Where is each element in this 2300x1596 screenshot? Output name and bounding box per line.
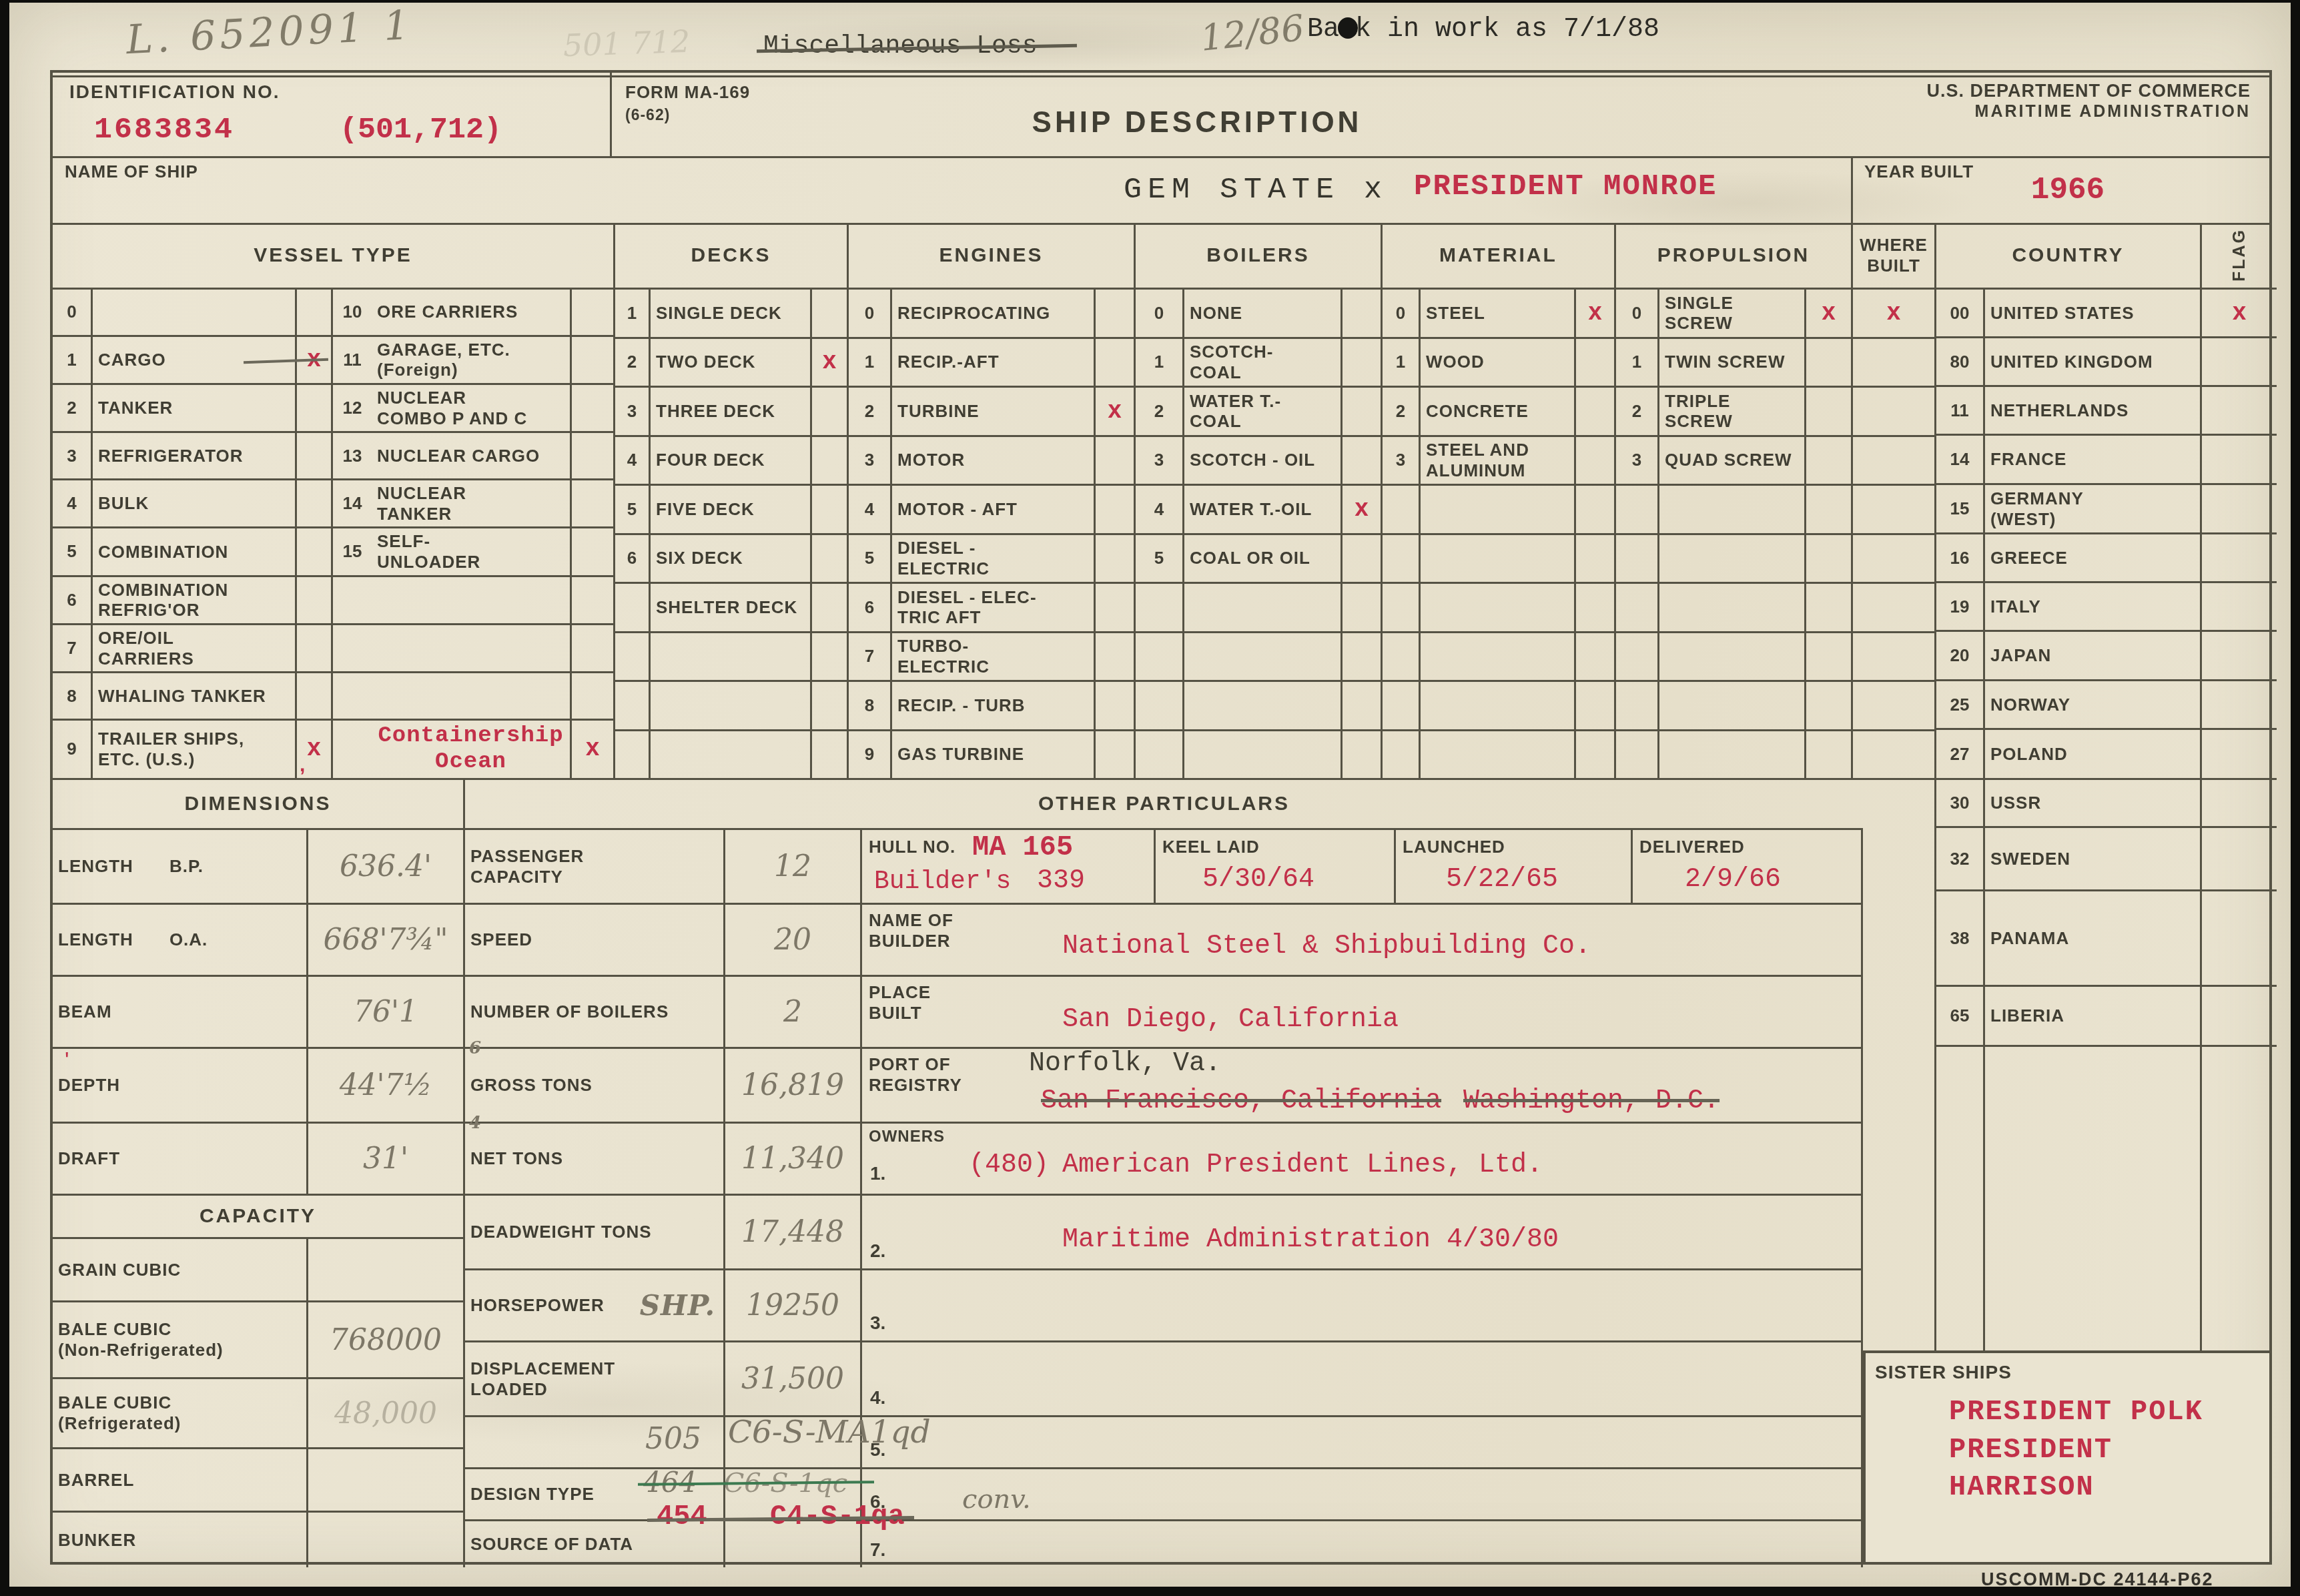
handwritten-value: 2 — [783, 995, 802, 1029]
cell-label — [1659, 682, 1804, 729]
section-title: BOILERS — [1136, 223, 1381, 290]
cell-code — [1383, 633, 1421, 681]
hull-no-value: MA 165 — [972, 831, 1073, 863]
check-x-mark: x — [1886, 300, 1901, 327]
table-row: 7TURBO- ELECTRIC — [849, 633, 1134, 683]
cell-label: COMBINATION — [93, 528, 295, 574]
section-propulsion: PROPULSION0SINGLE SCREWx1TWIN SCREW2TRIP… — [1614, 223, 1851, 780]
cell-code: 8 — [53, 673, 93, 719]
cell-value: 768000 — [306, 1302, 463, 1377]
section-boilers: BOILERS0NONE1SCOTCH- COAL2WATER T.- COAL… — [1134, 223, 1381, 780]
table-row: 3THREE DECK — [615, 388, 847, 437]
table-row: 0STEELx — [1383, 290, 1614, 339]
cell-check — [1853, 584, 1934, 631]
cell-label: DEPTH — [53, 1049, 306, 1122]
cell-label: COMBINATION REFRIG'OR — [93, 577, 295, 623]
section-dimensions: DIMENSIONSLENGTH B.P.636.4'LENGTH O.A.66… — [53, 780, 463, 1567]
cell-label: NETHERLANDS — [1985, 387, 2200, 434]
cell-check: x — [1853, 290, 1934, 337]
cell-check — [1574, 731, 1614, 779]
cell-code: 2 — [615, 339, 651, 386]
year-built-divider — [1851, 156, 1853, 223]
cell-label — [1421, 731, 1574, 779]
cell-code: 80 — [1936, 338, 1985, 385]
handwritten-value: 48,000 — [334, 1396, 437, 1431]
table-row: BUNKER — [53, 1513, 463, 1567]
cell-code: 0 — [1616, 290, 1659, 337]
cell-code — [1136, 633, 1184, 681]
handwritten-value: 636.4' — [340, 849, 432, 883]
cell-check: x — [1574, 290, 1614, 337]
cell-check: x — [1340, 486, 1381, 533]
table-row: 25NORWAY — [1936, 681, 2277, 730]
cell-code: 4 — [1136, 486, 1184, 533]
handwritten-value: 768000 — [330, 1323, 442, 1357]
cell-check — [1340, 290, 1381, 337]
section-particulars-right: HULL NO. MA 165 Builder's 339 KEEL LAID … — [860, 830, 1863, 1567]
table-row: HORSEPOWERSHP.19250 — [465, 1270, 860, 1342]
cell-code: 2 — [1136, 388, 1184, 435]
pencil-date-annotation: 12/86 — [1198, 7, 1306, 59]
identification-value: 1683834 — [94, 113, 234, 147]
cell-value: 31' — [306, 1124, 463, 1194]
cell-label: UNITED KINGDOM — [1985, 338, 2200, 385]
cell-label: JAPAN — [1985, 632, 2200, 679]
cell-code: 1 — [615, 290, 651, 337]
table-row: 0RECIPROCATING — [849, 290, 1134, 339]
cell-code: 8 — [849, 682, 892, 729]
launched-label: LAUNCHED — [1403, 837, 1505, 857]
section-title: ENGINES — [849, 223, 1134, 290]
cell-check — [1094, 486, 1134, 533]
cell-flag: x — [2200, 290, 2277, 336]
table-row — [1136, 682, 1381, 731]
table-row: BALE CUBIC (Non-Refrigerated)768000 — [53, 1302, 463, 1379]
port-struck-2: Washington, D.C. — [1463, 1086, 1719, 1116]
handwritten-value: 12 — [774, 849, 811, 883]
owner3-number: 3. — [870, 1312, 885, 1334]
cell-check-2 — [570, 290, 613, 335]
conv-note: conv. — [962, 1484, 1031, 1515]
identification-paren: (501,712) — [340, 113, 502, 147]
pencil-superscript: 4 — [469, 1113, 482, 1134]
cell-check — [1094, 584, 1134, 631]
cell-flag — [2200, 828, 2277, 889]
cell-check — [810, 584, 847, 631]
table-row: DEPTH44'7½' — [53, 1049, 463, 1124]
table-row — [1853, 584, 1934, 633]
pencil-ghost-annotation: 501 712 — [562, 23, 691, 64]
cell-code — [1616, 584, 1659, 631]
table-row: 5FIVE DECK — [615, 486, 847, 535]
table-row: 0SINGLE SCREWx — [1616, 290, 1851, 339]
owners-label: OWNERS — [869, 1128, 945, 1146]
cell-check — [1340, 339, 1381, 386]
cell-check — [810, 731, 847, 779]
table-row: 1WOOD — [1383, 339, 1614, 388]
cell-label — [1184, 633, 1340, 681]
abs: San Francisco, California Washington, D.… — [1041, 1086, 1719, 1116]
header-divider — [610, 73, 612, 156]
cell-label — [1421, 486, 1574, 533]
cell-label — [1659, 486, 1804, 533]
cell-flag — [2200, 987, 2277, 1045]
cell-label — [651, 682, 810, 729]
owner1-row: OWNERS 1. (480) American President Lines… — [862, 1124, 1861, 1196]
cell-code — [1136, 731, 1184, 779]
cell-label: QUAD SCREW — [1659, 437, 1804, 484]
cell-check — [1094, 731, 1134, 779]
flag-header: FLAG — [2200, 223, 2277, 288]
table-row — [1383, 584, 1614, 633]
design-red-num: 454 — [657, 1501, 707, 1533]
cell-label: TURBO- ELECTRIC — [892, 633, 1094, 681]
cell-value: 31,500 — [723, 1342, 860, 1415]
cell-code: 4 — [849, 486, 892, 533]
launched-value: 5/22/65 — [1446, 865, 1558, 895]
table-row: 4MOTOR - AFT — [849, 486, 1134, 535]
cell-check-2: x — [570, 721, 613, 778]
year-built-value: 1966 — [2014, 173, 2121, 208]
owner2-row: 2. Maritime Administration 4/30/80 — [862, 1196, 1861, 1270]
handwritten-value: 17,448 — [741, 1215, 844, 1249]
cell-check — [295, 480, 331, 526]
check-x-mark: x — [822, 348, 837, 376]
abs: U.S. DEPARTMENT OF COMMERCE MARITIME ADM… — [1927, 81, 2251, 121]
table-row — [1383, 682, 1614, 731]
form-number: FORM MA-169 — [625, 82, 750, 103]
cell-label-2: ORE CARRIERS — [372, 290, 570, 335]
cell-flag — [2200, 338, 2277, 385]
table-row: x — [1853, 290, 1934, 339]
cell-label: RECIP. - TURB — [892, 682, 1094, 729]
cell-code-2 — [331, 577, 372, 623]
cell-label: STEEL — [1421, 290, 1574, 337]
table-row: 5COMBINATION15SELF- UNLOADER — [53, 528, 613, 576]
table-row: DRAFT31' — [53, 1124, 463, 1196]
cell-value — [306, 1449, 463, 1511]
cell-check — [1853, 486, 1934, 533]
cell-label — [1659, 535, 1804, 582]
cell-check — [1574, 682, 1614, 729]
cell-label: TWO DECK — [651, 339, 810, 386]
table-row — [1136, 731, 1381, 781]
build-dates-row: HULL NO. MA 165 Builder's 339 KEEL LAID … — [862, 830, 1861, 905]
handwritten-value: 11,340 — [741, 1142, 844, 1176]
cell-label: BUNKER — [53, 1513, 306, 1567]
cell-check — [810, 437, 847, 484]
cell-code — [1136, 682, 1184, 729]
cell-flag — [2200, 681, 2277, 728]
place-built-row: PLACE BUILT San Diego, California — [862, 977, 1861, 1049]
table-row: 15GERMANY (WEST) — [1936, 485, 2277, 534]
cell-flag — [2200, 891, 2277, 985]
cell-code: 9 — [849, 731, 892, 779]
delivered-box: DELIVERED 2/9/66 — [1633, 830, 1863, 903]
cell-flag — [2200, 583, 2277, 630]
cell-check — [295, 577, 331, 623]
table-row: 14FRANCE — [1936, 436, 2277, 485]
cell-code: 0 — [1136, 290, 1184, 337]
cell-check: x — [1804, 290, 1851, 337]
table-row: 1TWIN SCREW — [1616, 339, 1851, 388]
section-decks: DECKS1SINGLE DECK2TWO DECKx3THREE DECK4F… — [613, 223, 847, 780]
cell-label — [1184, 584, 1340, 631]
cell-label: WATER T.- COAL — [1184, 388, 1340, 435]
table-row: 8WHALING TANKER — [53, 673, 613, 721]
table-row: 4FOUR DECK — [615, 437, 847, 486]
table-row: 2WATER T.- COAL — [1136, 388, 1381, 437]
table-row: BEAM76'1 — [53, 977, 463, 1049]
cell-check — [1804, 339, 1851, 386]
cell-code: 1 — [1616, 339, 1659, 386]
table-row: 6COMBINATION REFRIG'OR — [53, 577, 613, 625]
cell-label: ITALY — [1985, 583, 2200, 630]
cell-value: 12 — [723, 830, 860, 903]
check-x-mark: x — [585, 735, 600, 763]
cell-check — [295, 625, 331, 671]
cell-code: 3 — [615, 388, 651, 435]
red-comma-mark: , — [300, 754, 305, 777]
handwritten-value: 16,819 — [741, 1068, 844, 1102]
section-where-built: WHERE BUILTx — [1851, 223, 1934, 780]
cell-check — [1574, 584, 1614, 631]
cell-label-2: GARAGE, ETC. (Foreign) — [372, 337, 570, 383]
design-pencil-type: C6-S-MA1qd — [728, 1414, 931, 1451]
launched-box: LAUNCHED 5/22/65 — [1396, 830, 1633, 903]
table-row: 2CONCRETE — [1383, 388, 1614, 437]
cell-check — [295, 673, 331, 719]
table-row — [1853, 682, 1934, 731]
country-rows: 00UNITED STATESx80UNITED KINGDOM11NETHER… — [1936, 290, 2277, 1350]
cell-code: 5 — [849, 535, 892, 582]
cell-code — [1616, 535, 1659, 582]
scanned-form-paper: L. 652091 1 501 712 Miscellaneous Loss 1… — [9, 3, 2291, 1587]
table-row: 16GREECE — [1936, 534, 2277, 583]
cell-check — [1574, 486, 1614, 533]
table-row: BARREL — [53, 1449, 463, 1513]
cell-label: NONE — [1184, 290, 1340, 337]
cell-check-2 — [570, 480, 613, 526]
table-row — [1616, 633, 1851, 683]
cell-label-2 — [372, 625, 570, 671]
cell-code-2 — [331, 625, 372, 671]
cell-code: 7 — [849, 633, 892, 681]
cell-check — [1853, 388, 1934, 435]
section-rows: 0STEELx1WOOD2CONCRETE3STEEL AND ALUMINUM — [1383, 290, 1614, 780]
table-row: DISPLACEMENT LOADED31,500 — [465, 1342, 860, 1417]
table-row: 4BULK14NUCLEAR TANKER — [53, 480, 613, 528]
section-rows: 0NONE1SCOTCH- COAL2WATER T.- COAL3SCOTCH… — [1136, 290, 1381, 780]
hp-prefix: SHP. — [640, 1289, 718, 1322]
containership-note: Containership Ocean — [377, 723, 564, 775]
cell-label: ORE/OIL CARRIERS — [93, 625, 295, 671]
cell-label: LENGTH B.P. — [53, 830, 306, 903]
section-title: MATERIAL — [1383, 223, 1614, 290]
cell-check-2 — [570, 528, 613, 574]
table-row: 3REFRIGERATOR13NUCLEAR CARGO — [53, 433, 613, 480]
table-row: 6DIESEL - ELEC- TRIC AFT — [849, 584, 1134, 633]
cell-label: REFRIGERATOR — [93, 433, 295, 478]
cell-value: 19250 — [723, 1270, 860, 1340]
cell-check — [810, 633, 847, 681]
cell-code: 27 — [1936, 730, 1985, 778]
table-row — [1853, 486, 1934, 535]
table-row — [1616, 584, 1851, 633]
cell-check — [1574, 388, 1614, 435]
section-particulars-left: PASSENGER CAPACITY12SPEED20NUMBER OF BOI… — [463, 830, 860, 1567]
cell-check — [1094, 290, 1134, 337]
cell-code: 1 — [1136, 339, 1184, 386]
table-row: 5COAL OR OIL — [1136, 535, 1381, 584]
table-row: 3STEEL AND ALUMINUM — [1383, 437, 1614, 486]
cell-code: 3 — [1616, 437, 1659, 484]
cell-label: BULK — [93, 480, 295, 526]
port-struck-1: San Francisco, California — [1041, 1086, 1441, 1116]
cell-check — [1340, 535, 1381, 582]
table-row: BALE CUBIC (Refrigerated)48,000 — [53, 1379, 463, 1449]
abs: 454 C4-S-1qa — [657, 1501, 905, 1533]
handwritten-value: 76'1 — [354, 995, 418, 1029]
cell-code: 3 — [53, 433, 93, 478]
handwritten-value: 20 — [774, 923, 811, 957]
table-row: 3QUAD SCREW — [1616, 437, 1851, 486]
cell-code: 6 — [615, 535, 651, 582]
cell-label — [1184, 731, 1340, 779]
cell-code-2: 15 — [331, 528, 372, 574]
cell-label: WHALING TANKER — [93, 673, 295, 719]
table-row: 3MOTOR — [849, 437, 1134, 486]
section-title: PROPULSION — [1616, 223, 1851, 290]
cell-code: 38 — [1936, 891, 1985, 985]
cell-label: DISPLACEMENT LOADED — [465, 1342, 723, 1415]
cell-check — [1094, 535, 1134, 582]
cell-label — [93, 290, 295, 335]
hull-builder-label: Builder's — [874, 867, 1011, 896]
cell-code-2 — [331, 721, 372, 778]
cell-value: 48,000 — [306, 1379, 463, 1447]
place-built-label: PLACE BUILT — [869, 982, 931, 1023]
cell-value: 668'7¾" — [306, 905, 463, 975]
owner5-row: 5. — [862, 1417, 1861, 1469]
cell-label: TWIN SCREW — [1659, 339, 1804, 386]
cell-code: 25 — [1936, 681, 1985, 728]
section-rows: 1SINGLE DECK2TWO DECKx3THREE DECK4FOUR D… — [615, 290, 847, 780]
section-material: MATERIAL0STEELx1WOOD2CONCRETE3STEEL AND … — [1381, 223, 1614, 780]
cell-label — [1421, 584, 1574, 631]
cell-code: 3 — [1136, 437, 1184, 484]
hull-no-label: HULL NO. — [869, 837, 955, 857]
table-row: LENGTH O.A.668'7¾" — [53, 905, 463, 977]
cell-label-2: NUCLEAR TANKER — [372, 480, 570, 526]
cell-check — [1804, 388, 1851, 435]
table-row: 5DIESEL - ELECTRIC — [849, 535, 1134, 584]
cell-check — [1340, 437, 1381, 484]
table-row: 1SCOTCH- COAL — [1136, 339, 1381, 388]
table-row: 30USSR — [1936, 780, 2277, 828]
flag-title: FLAG — [2230, 228, 2249, 282]
cell-check — [1340, 731, 1381, 779]
cell-code-2: 14 — [331, 480, 372, 526]
table-row — [1383, 633, 1614, 683]
cell-check — [295, 528, 331, 574]
cell-label-2: Containership Ocean — [372, 721, 570, 778]
cell-label: SIX DECK — [651, 535, 810, 582]
dept-line1: U.S. DEPARTMENT OF COMMERCE — [1927, 81, 2251, 102]
cell-check — [1094, 437, 1134, 484]
cell-label: LIBERIA — [1985, 987, 2200, 1045]
table-row: DEADWEIGHT TONS17,448 — [465, 1196, 860, 1270]
cell-label: BEAM — [53, 977, 306, 1047]
cell-code: 30 — [1936, 780, 1985, 826]
rule-under-header — [53, 156, 2269, 158]
table-row: LENGTH B.P.636.4' — [53, 830, 463, 905]
cell-check — [810, 682, 847, 729]
country-filler — [1936, 1047, 2277, 1350]
design-struck-red: 454 C4-S-1qa — [657, 1501, 905, 1533]
cell-check — [810, 486, 847, 533]
cell-label: TANKER — [93, 385, 295, 431]
table-row: 1CARGOx11GARAGE, ETC. (Foreign) — [53, 337, 613, 385]
cell-check — [1094, 633, 1134, 681]
cell-check: x — [810, 339, 847, 386]
cell-code — [615, 633, 651, 681]
cell-code-2: 13 — [331, 433, 372, 478]
cell-label: SPEED — [465, 905, 723, 975]
place-built-value: San Diego, California — [1062, 1005, 1399, 1035]
cell-check — [1574, 339, 1614, 386]
abs: 464 C6-S-1qc — [643, 1466, 847, 1499]
cell-label: DRAFT — [53, 1124, 306, 1194]
cell-code — [615, 731, 651, 779]
sister-ships-label: SISTER SHIPS — [1875, 1361, 2012, 1383]
cell-code: 0 — [1383, 290, 1421, 337]
cell-label: FRANCE — [1985, 436, 2200, 483]
cell-code: 00 — [1936, 290, 1985, 336]
cell-check — [810, 535, 847, 582]
cell-code: 4 — [53, 480, 93, 526]
handwritten-value: 31' — [363, 1142, 408, 1176]
section-title: VESSEL TYPE — [53, 223, 613, 290]
table-row: 010ORE CARRIERS — [53, 290, 613, 337]
cell-check — [295, 385, 331, 431]
cell-label: PASSENGER CAPACITY — [465, 830, 723, 903]
cell-label: DIESEL - ELECTRIC — [892, 535, 1094, 582]
cell-code: 16 — [1936, 534, 1985, 581]
cell-label: BALE CUBIC (Refrigerated) — [53, 1379, 306, 1447]
cell-label: WOOD — [1421, 339, 1574, 386]
cell-label-2 — [372, 673, 570, 719]
owner4-row: 4. — [862, 1342, 1861, 1417]
table-row — [1853, 339, 1934, 388]
table-row: 9TRAILER SHIPS, ETC. (U.S.)x,Containersh… — [53, 721, 613, 780]
cell-check — [1340, 633, 1381, 681]
table-row: NET TONS411,340 — [465, 1124, 860, 1196]
cell-check — [1853, 339, 1934, 386]
check-x-mark: x — [1355, 496, 1369, 523]
cell-label: GRAIN CUBIC — [53, 1239, 306, 1300]
cell-code: 5 — [53, 528, 93, 574]
cell-code — [1383, 486, 1421, 533]
port-current-value: Norfolk, Va. — [1029, 1049, 1221, 1079]
year-built-label: YEAR BUILT — [1864, 161, 1974, 182]
check-x-mark: x — [1822, 300, 1836, 327]
cell-label: TURBINE — [892, 388, 1094, 435]
cell-label — [1184, 682, 1340, 729]
cell-code — [1616, 731, 1659, 779]
cell-flag — [2200, 436, 2277, 483]
cell-label: SINGLE DECK — [651, 290, 810, 337]
